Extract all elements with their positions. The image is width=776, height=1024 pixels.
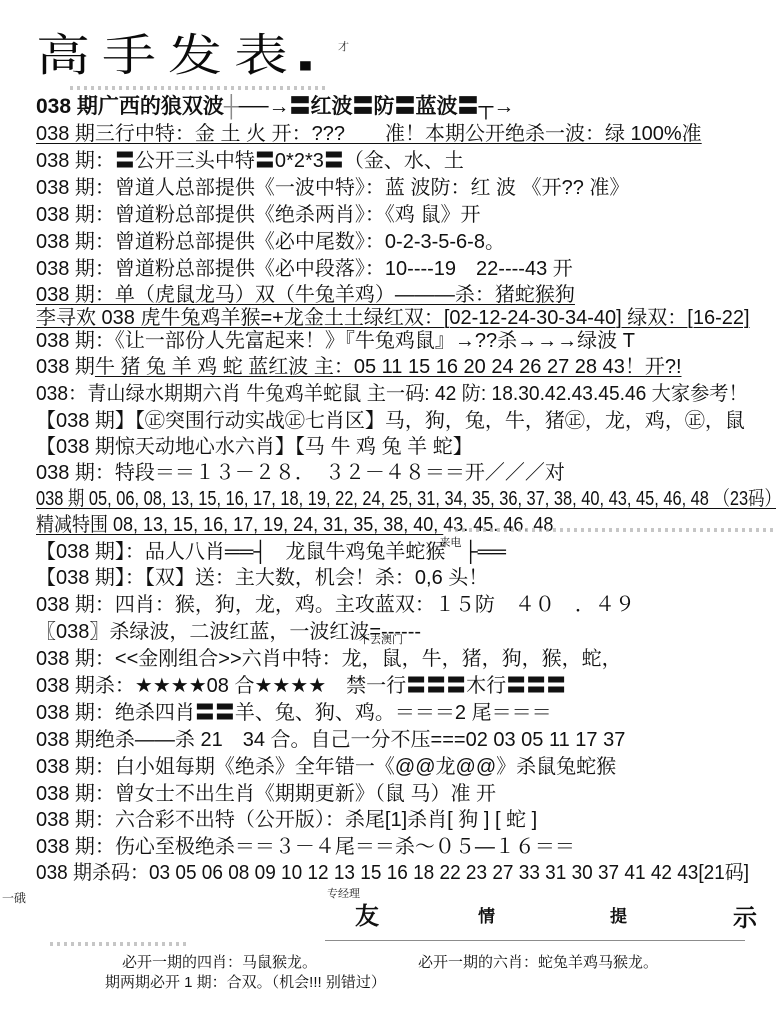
cross-mark-icon: ┼ <box>224 95 239 118</box>
subscript-note: 不去澳门 <box>359 634 403 646</box>
line-text: 〓红波〓防〓蓝波〓 <box>290 95 479 118</box>
prediction-line-kill-two: 038 期：曾道粉总部提供《绝杀两肖》：《鸡 鼠》开 <box>36 203 480 227</box>
line-text: 038 期：六合彩不出特（公开版）：杀尾[1]杀肖[ 狗 ] [ 蛇 ] <box>36 809 537 831</box>
prediction-line-three-heads: 038 期：〓公开三头中特〓0*2*3〓（金、水、土 <box>36 149 464 173</box>
line-text: 038 期：曾道粉总部提供《必中尾数》：0-2-3-5-6-8。 <box>36 231 505 253</box>
line-text: 43. 45. 46. 48 <box>443 514 553 536</box>
faded-footer-strip <box>50 942 190 946</box>
prediction-line-mark-six: 038 期：六合彩不出特（公开版）：杀尾[1]杀肖[ 狗 ] [ 蛇 ] <box>36 808 537 832</box>
left-mark: 一硪 <box>2 889 26 906</box>
line-text: 038 期杀码：03 05 06 08 09 10 12 13 15 16 18… <box>36 861 749 885</box>
prediction-line-three-elements: 038 期三行中特：金 土 火 开：??? 准！本期公开绝杀一波：绿 100%准 <box>36 122 702 146</box>
prediction-line-six-zodiac: 【038 期惊天动地心水六肖】【马 牛 鸡 兔 羊 蛇】 <box>36 435 473 459</box>
line-text: 038 期绝杀——杀 21 34 合。自己一分不压===02 03 05 11 … <box>36 729 625 751</box>
line-text: 【038 期】：品人八肖══┤ <box>36 541 267 563</box>
corner-mark: 才 <box>338 38 349 54</box>
arrow-right-icon: ──→ <box>239 95 290 118</box>
prediction-line-seven-zodiac: 【038 期】【㊣突围行动实战㊣七肖区】马，狗，兔，牛，猪㊣，龙，鸡，㊣，鼠 <box>36 409 745 433</box>
line-text: 038 期：四肖：猴，狗，龙，鸡。主攻蓝双：１５防 ４０ ．４９ <box>36 594 635 616</box>
prediction-line-refined-range: 精减特围 08, 13, 15, 16, 17, 19, 24, 31, 35,… <box>36 513 611 537</box>
notice-char: 情 <box>478 902 495 927</box>
line-text: 038 期：〓公开三头中特〓0*2*3〓（金、水、土 <box>36 150 464 172</box>
line-prefix: 038 期 <box>36 356 95 378</box>
line-text: ├══ <box>463 541 506 563</box>
line-text: 038 期杀：★★★★08 合★★★★ 禁一行〓〓〓木行〓〓〓 <box>36 675 566 697</box>
line-text: 038 期：伤心至极绝杀＝＝３－４尾＝＝杀～０５—１６＝＝ <box>36 836 575 858</box>
line-text: 李寻欢 038 虎牛兔鸡羊猴=+龙金土土绿红双：[02-12-24-30-34-… <box>36 307 750 329</box>
line-text: 038 期三行中特：金 土 火 开：??? 准！本期公开绝杀一波：绿 100%准 <box>36 123 702 145</box>
line-text: 精减特围 08, 13, 15, 16, 17, 19, 24, 31, 35,… <box>36 514 443 536</box>
prediction-line-green-hills: 038：青山绿水期期六肖 牛兔鸡羊蛇鼠 主一码: 42 防: 18.30.42.… <box>36 382 776 406</box>
line-text: 038 期：<<金刚组合>>六肖中特：龙，鼠，牛，猪，狗，猴，蛇， <box>36 648 622 670</box>
line-text: 038 期：特段＝＝１３－２８． ３２－４８＝＝开／／／对 <box>36 462 565 484</box>
prediction-line-stars: 038 期杀：★★★★08 合★★★★ 禁一行〓〓〓木行〓〓〓 <box>36 674 566 698</box>
line-text: 【038 期惊天动地心水六肖】【马 牛 鸡 兔 羊 蛇】 <box>36 436 473 458</box>
prediction-line-kill-codes: 038 期杀码：03 05 06 08 09 10 12 13 15 16 18… <box>36 861 776 885</box>
prediction-line-eight-zodiac: 【038 期】：品人八肖══┤龙鼠牛鸡兔羊蛇猴来电├══ <box>36 540 506 564</box>
prediction-line-guangxi: 038 期广西的狼双波┼──→〓红波〓防〓蓝波〓┬→ <box>36 95 514 119</box>
line-text: 038 期：绝杀四肖〓〓羊、兔、狗、鸡。＝＝＝2 尾＝＝＝ <box>36 702 552 724</box>
prediction-line-segments: 038 期：曾道粉总部提供《必中段落》：10----19 22----43 开 <box>36 257 573 281</box>
tip-four-zodiac: 必开一期的四肖：马鼠猴龙。 <box>122 954 317 972</box>
prediction-line-double: 【038 期】：【双】送：主大数，机会！杀：0,6 头！ <box>36 566 488 590</box>
prediction-line-get-rich: 038 期：《让一部份人先富起来！》『牛兔鸡鼠』→??杀→→→绿波 T <box>36 329 635 353</box>
title-dot: . <box>294 25 317 82</box>
prediction-line-vajra-combo: 038 期：<<金刚组合>>六肖中特：龙，鼠，牛，猪，狗，猴，蛇， <box>36 647 622 671</box>
prediction-line-23-numbers: 038 期 05, 06, 08, 13, 15, 16, 17, 18, 19… <box>36 487 776 511</box>
line-text: 038 期：曾道人总部提供《一波中特》：蓝 波防：红 波 《开?? 准》 <box>36 177 629 199</box>
line-text: 038 期：单（虎鼠龙马）双（牛兔羊鸡）———杀：猪蛇猴狗 <box>36 284 575 306</box>
faded-dotted-strip <box>448 528 776 532</box>
arrow-right-icon: ┬→ <box>479 95 515 118</box>
faded-subtitle-strip <box>70 86 325 90</box>
prediction-line-kill-green: 〖038〗杀绿波，二波红蓝，一波红波=------不去澳门 <box>36 620 403 644</box>
notice-char: 提 <box>610 902 627 927</box>
prediction-line-heartbreak: 038 期：伤心至极绝杀＝＝３－４尾＝＝杀～０５—１６＝＝ <box>36 835 575 859</box>
prediction-line-absolute-kill: 038 期绝杀——杀 21 34 合。自己一分不压===02 03 05 11 … <box>36 728 625 752</box>
line-text: 038 期广西的狼双波 <box>36 95 224 118</box>
line-text: 038 期 05, 06, 08, 13, 15, 16, 17, 18, 19… <box>36 487 776 511</box>
prediction-line-miss-bai: 038 期：白小姐每期《绝杀》全年错一《@@龙@@》杀鼠兔蛇猴 <box>36 755 616 779</box>
page-title: 高手发表. <box>36 28 317 80</box>
line-text: 龙鼠牛鸡兔羊蛇猴 <box>285 541 445 563</box>
prediction-line-tail-numbers: 038 期：曾道粉总部提供《必中尾数》：0-2-3-5-6-8。 <box>36 230 505 254</box>
line-text: 038 期：曾道粉总部提供《必中段落》：10----19 22----43 开 <box>36 258 573 280</box>
tip-six-zodiac: 必开一期的六肖：蛇兔羊鸡马猴龙。 <box>418 954 658 972</box>
divider <box>325 940 745 941</box>
notice-char: 示 <box>733 898 757 933</box>
tip-two-period: 期两期必开 1 期：合双。（机会!!! 别错过） <box>105 974 386 992</box>
line-text: 038 期：《让一部份人先富起来！》『牛兔鸡鼠』→??杀→→→绿波 T <box>36 330 635 352</box>
line-text: 【038 期】：【双】送：主大数，机会！杀：0,6 头！ <box>36 567 488 589</box>
superscript-note: 来电 <box>439 537 461 549</box>
line-text: 038：青山绿水期期六肖 牛兔鸡羊蛇鼠 主一码: 42 防: 18.30.42.… <box>36 382 748 406</box>
prediction-line-odd-even: 038 期：单（虎鼠龙马）双（牛兔羊鸡）———杀：猪蛇猴狗 <box>36 283 575 307</box>
prediction-line-ms-zeng: 038 期：曾女士不出生肖《期期更新》（鼠 马）准 开 <box>36 782 496 806</box>
prediction-line-kill-four: 038 期：绝杀四肖〓〓羊、兔、狗、鸡。＝＝＝2 尾＝＝＝ <box>36 701 552 725</box>
prediction-line-special-segment: 038 期：特段＝＝１３－２８． ３２－４８＝＝开／／／对 <box>36 461 565 485</box>
prediction-line-li-xunhuan: 李寻欢 038 虎牛兔鸡羊猴=+龙金土土绿红双：[02-12-24-30-34-… <box>36 306 750 330</box>
prediction-line-blue-red-wave: 038 期牛 猪 兔 羊 鸡 蛇 蓝红波 主：05 11 15 16 20 24… <box>36 355 682 379</box>
notice-char: 友 <box>355 896 379 931</box>
prediction-line-four-zodiac: 038 期：四肖：猴，狗，龙，鸡。主攻蓝双：１５防 ４０ ．４９ <box>36 593 635 617</box>
line-text: 038 期：白小姐每期《绝杀》全年错一《@@龙@@》杀鼠兔蛇猴 <box>36 756 616 778</box>
line-text: 038 期：曾女士不出生肖《期期更新》（鼠 马）准 开 <box>36 783 496 805</box>
title-text: 高手发表 <box>36 29 300 81</box>
prediction-line-one-wave: 038 期：曾道人总部提供《一波中特》：蓝 波防：红 波 《开?? 准》 <box>36 176 629 200</box>
line-text: 【038 期】【㊣突围行动实战㊣七肖区】马，狗，兔，牛，猪㊣，龙，鸡，㊣，鼠 <box>36 410 745 432</box>
line-text: 牛 猪 兔 羊 鸡 蛇 蓝红波 主：05 11 15 16 20 24 26 2… <box>95 356 682 378</box>
line-text: 038 期：曾道粉总部提供《绝杀两肖》：《鸡 鼠》开 <box>36 204 480 226</box>
